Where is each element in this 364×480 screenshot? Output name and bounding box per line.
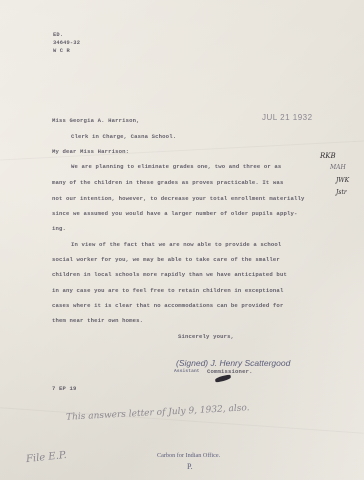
margin-initial: MAH <box>330 165 346 172</box>
body-line: social worker for you, we may be able to… <box>52 257 280 263</box>
file-ref-number: 34649-32 <box>53 41 80 46</box>
body-line: ing. <box>52 226 66 232</box>
addressee-title: Clerk in Charge, Casna School. <box>71 134 176 140</box>
file-ref-line1: ED. <box>53 33 63 38</box>
salutation: My dear Miss Harrison: <box>52 149 129 155</box>
date-stamp: JUL 21 1932 <box>262 113 313 122</box>
carbon-note: Carbon for Indian Office. <box>157 452 220 459</box>
file-ref-initials: W C R <box>53 49 70 54</box>
body-line: since we assumed you would have a larger… <box>52 211 297 217</box>
body-line: them near their own homes. <box>52 318 143 324</box>
closing: Sincerely yours, <box>178 334 234 340</box>
margin-initial: Jstr <box>336 190 347 197</box>
file-note: File E.P. <box>26 450 68 465</box>
typist-reference: 7 EP 19 <box>52 386 77 392</box>
letter-page: ED. 34649-32 W C R Miss Georgia A. Harri… <box>0 0 364 480</box>
addressee-name: Miss Georgia A. Harrison, <box>52 118 140 124</box>
body-line: in any case you are to feel free to reta… <box>52 288 283 294</box>
body-line: not our intention, however, to decrease … <box>52 196 305 202</box>
initial-scribble <box>215 374 232 382</box>
body-line: cases where it is clear that no accommod… <box>52 303 283 309</box>
signer-title-assistant: Assistant <box>174 370 200 375</box>
body-line: We are planning to eliminate grades one,… <box>71 164 281 170</box>
pencil-note: This answers letter of July 9, 1932, als… <box>66 403 250 423</box>
body-line: In view of the fact that we are now able… <box>71 242 281 248</box>
margin-initial: RKB <box>320 153 336 161</box>
carbon-initial: P. <box>187 462 193 471</box>
margin-initial: JWK <box>336 178 349 185</box>
body-line: children in local schools more rapidly t… <box>52 272 287 278</box>
signature-stamp: (Signed) J. Henry Scattergood <box>176 358 290 368</box>
body-line: many of the children in these grades as … <box>52 180 283 186</box>
